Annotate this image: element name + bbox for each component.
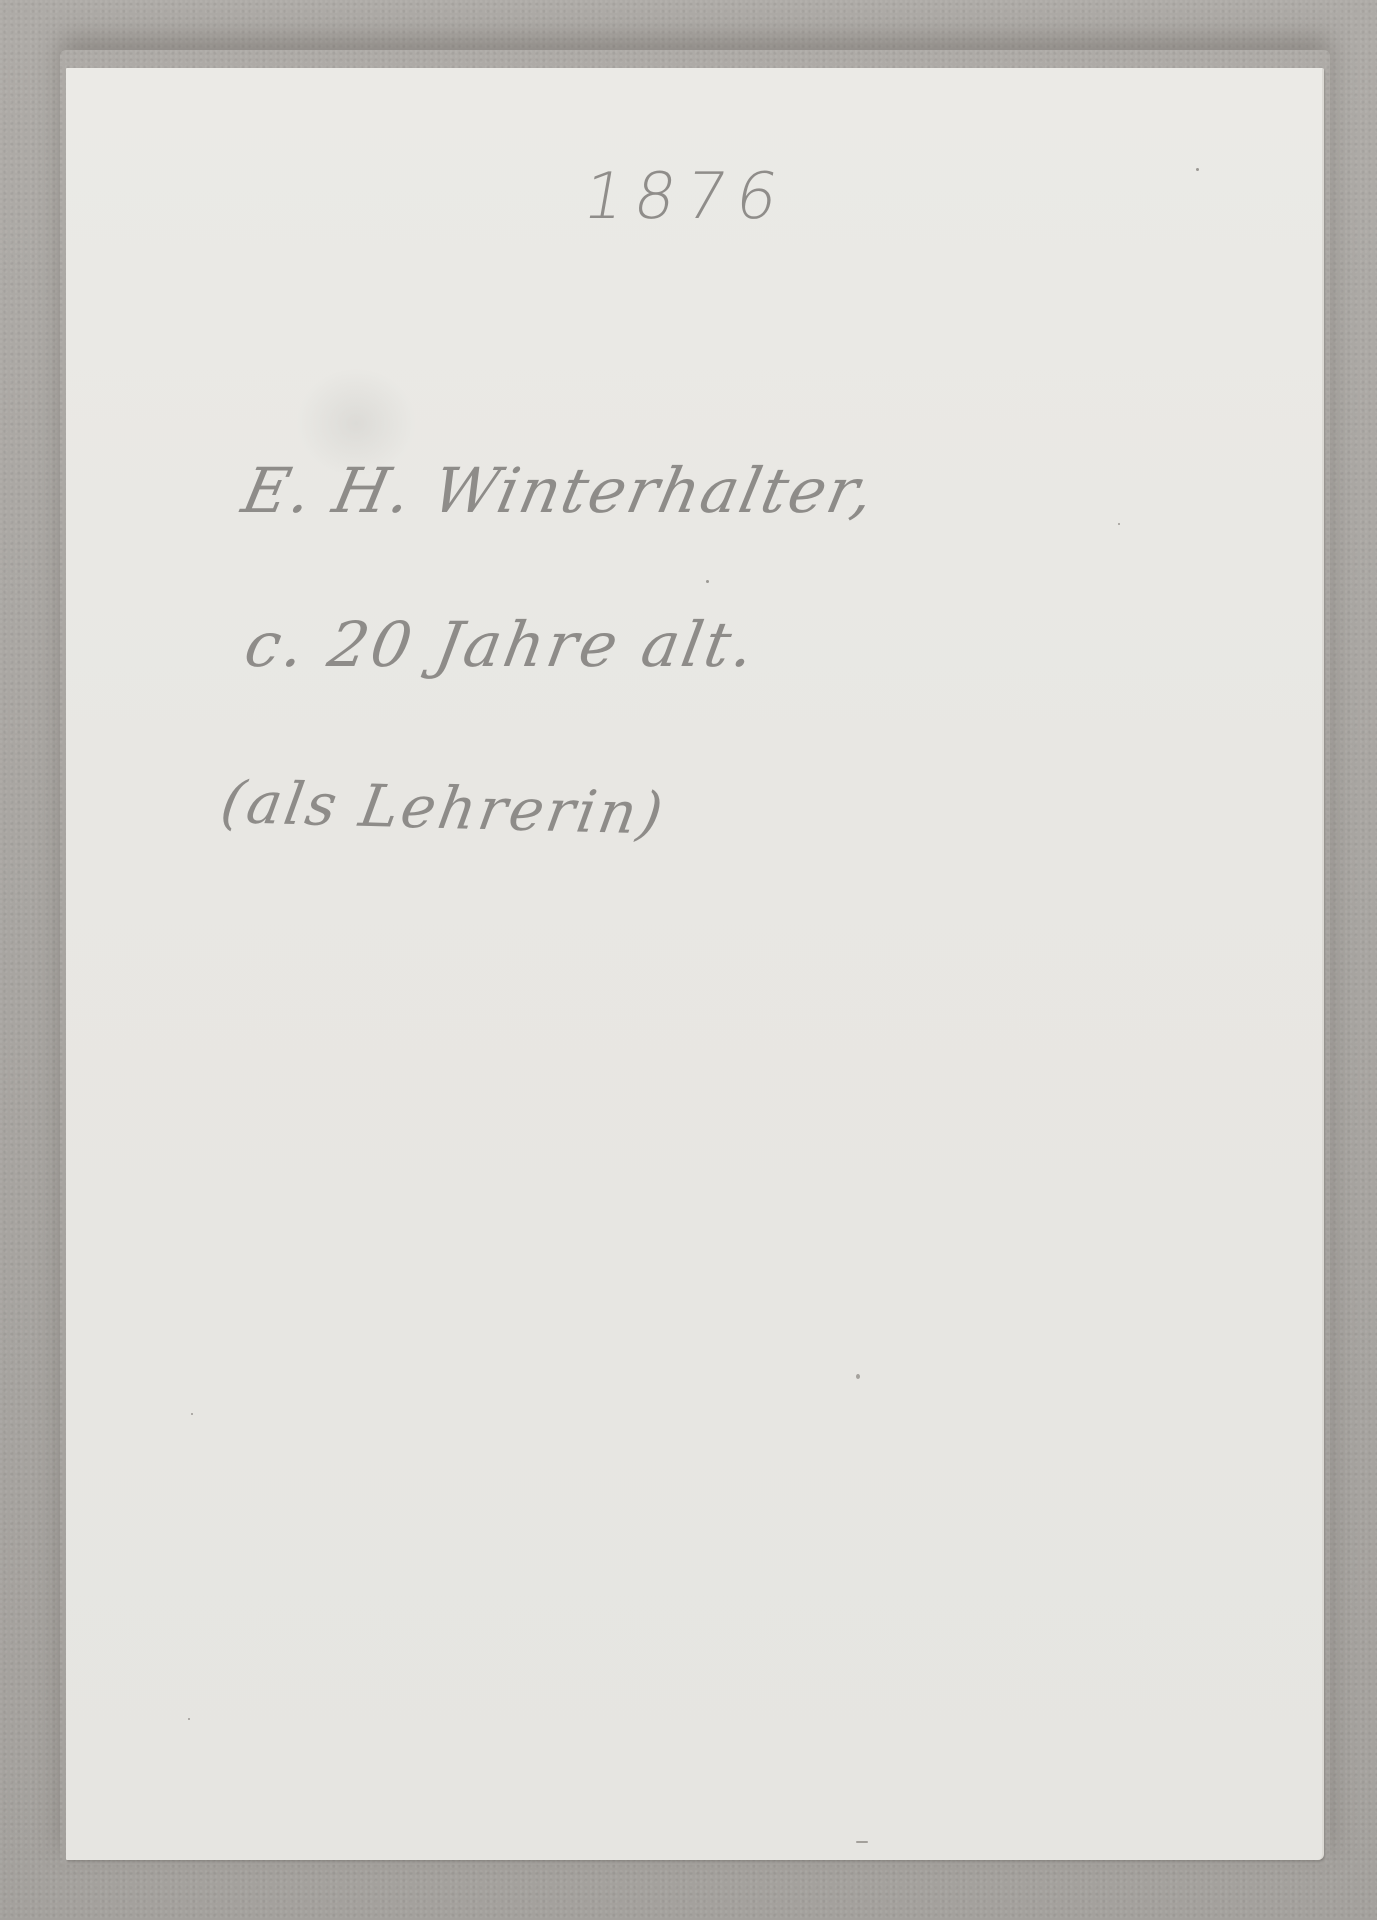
year-annotation: 1876 [577, 160, 793, 234]
role-annotation: (als Lehrerin) [216, 768, 670, 848]
speck-mark [706, 580, 709, 583]
speck-mark [188, 1718, 190, 1720]
speck-mark [856, 1841, 868, 1843]
speck-mark [1118, 523, 1120, 525]
photo-card-reverse: 1876 E. H. Winterhalter, c. 20 Jahre alt… [66, 68, 1324, 1860]
age-annotation: c. 20 Jahre alt. [240, 608, 763, 681]
speck-mark [856, 1374, 860, 1379]
speck-mark [1196, 168, 1199, 171]
name-annotation: E. H. Winterhalter, [236, 454, 882, 527]
speck-mark [191, 1413, 193, 1415]
